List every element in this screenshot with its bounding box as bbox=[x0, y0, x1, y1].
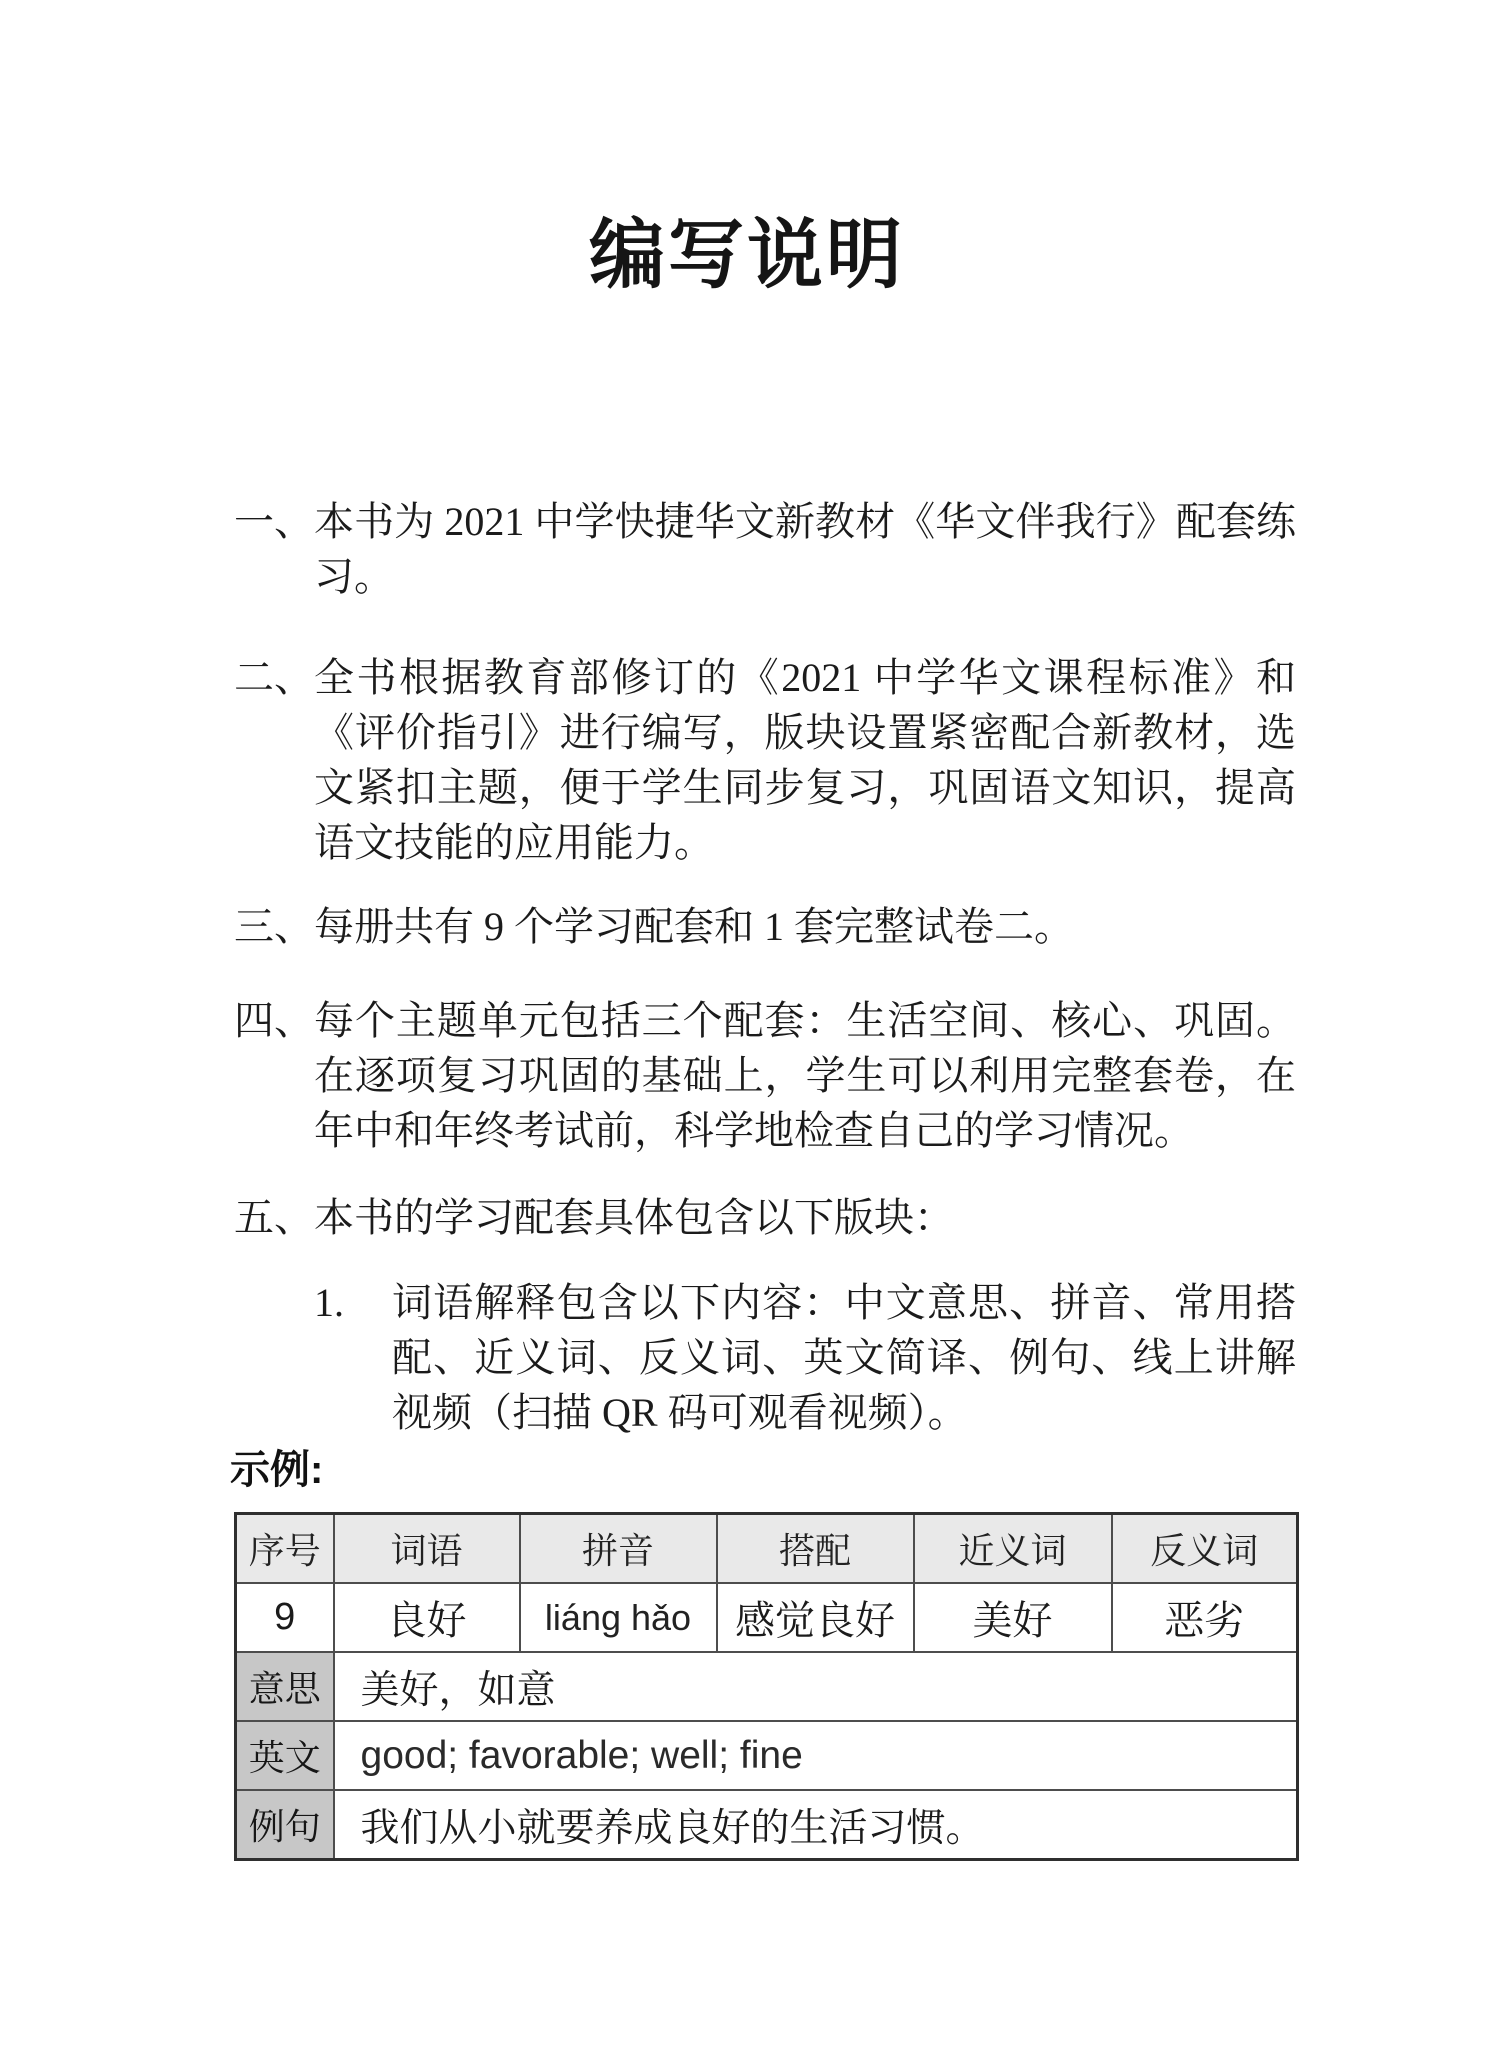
sentence-row: 例句 我们从小就要养成良好的生活习惯。 bbox=[236, 1790, 1298, 1860]
english-row: 英文 good; favorable; well; fine bbox=[236, 1721, 1298, 1790]
list-item-number: 五、 bbox=[234, 1190, 314, 1245]
list-item-number: 四、 bbox=[234, 993, 314, 1158]
list-item-text: 每个主题单元包括三个配套：生活空间、核心、巩固。在逐项复习巩固的基础上，学生可以… bbox=[314, 993, 1296, 1158]
list-item: 五、 本书的学习配套具体包含以下版块： bbox=[234, 1190, 1296, 1245]
meaning-value: 美好，如意 bbox=[334, 1652, 1298, 1721]
list-item-text: 每册共有 9 个学习配套和 1 套完整试卷二。 bbox=[314, 899, 1296, 954]
sentence-label: 例句 bbox=[236, 1790, 334, 1860]
meaning-label: 意思 bbox=[236, 1652, 334, 1721]
example-label: 示例: bbox=[230, 1446, 1296, 1494]
word-row: 9 良好 liáng hǎo 感觉良好 美好 恶劣 bbox=[236, 1583, 1298, 1652]
header-word: 词语 bbox=[334, 1514, 520, 1584]
header-pinyin: 拼音 bbox=[520, 1514, 717, 1584]
example-table: 序号 词语 拼音 搭配 近义词 反义词 9 良好 liáng hǎo 感觉良好 … bbox=[234, 1512, 1299, 1861]
table-header-row: 序号 词语 拼音 搭配 近义词 反义词 bbox=[236, 1514, 1298, 1584]
header-antonym: 反义词 bbox=[1112, 1514, 1298, 1584]
list-item-text: 本书的学习配套具体包含以下版块： bbox=[314, 1190, 1296, 1245]
sub-list-item-text: 词语解释包含以下内容：中文意思、拼音、常用搭配、近义词、反义词、英文简译、例句、… bbox=[392, 1275, 1296, 1440]
list-item-text: 全书根据教育部修订的《2021 中学华文课程标准》和《评价指引》进行编写，版块设… bbox=[314, 650, 1296, 870]
list-item: 四、 每个主题单元包括三个配套：生活空间、核心、巩固。在逐项复习巩固的基础上，学… bbox=[234, 993, 1296, 1158]
sub-list-item-number: 1. bbox=[314, 1275, 392, 1440]
content-block: 一、 本书为 2021 中学快捷华文新教材《华文伴我行》配套练习。 二、 全书根… bbox=[234, 494, 1296, 1861]
word-index-cell: 9 bbox=[236, 1583, 334, 1652]
list-item-text: 本书为 2021 中学快捷华文新教材《华文伴我行》配套练习。 bbox=[314, 494, 1296, 604]
pinyin-cell: liáng hǎo bbox=[520, 1583, 717, 1652]
list-item-number: 一、 bbox=[234, 494, 314, 604]
list-item: 一、 本书为 2021 中学快捷华文新教材《华文伴我行》配套练习。 bbox=[234, 494, 1296, 604]
english-label: 英文 bbox=[236, 1721, 334, 1790]
synonym-cell: 美好 bbox=[914, 1583, 1112, 1652]
antonym-cell: 恶劣 bbox=[1112, 1583, 1298, 1652]
collocation-cell: 感觉良好 bbox=[717, 1583, 914, 1652]
sub-list-item: 1. 词语解释包含以下内容：中文意思、拼音、常用搭配、近义词、反义词、英文简译、… bbox=[314, 1275, 1296, 1440]
list-item-number: 二、 bbox=[234, 650, 314, 870]
header-synonym: 近义词 bbox=[914, 1514, 1112, 1584]
sentence-value: 我们从小就要养成良好的生活习惯。 bbox=[334, 1790, 1298, 1860]
list-item: 三、 每册共有 9 个学习配套和 1 套完整试卷二。 bbox=[234, 899, 1296, 954]
page-title: 编写说明 bbox=[0, 218, 1494, 294]
header-collocation: 搭配 bbox=[717, 1514, 914, 1584]
book-page: 编写说明 一、 本书为 2021 中学快捷华文新教材《华文伴我行》配套练习。 二… bbox=[0, 0, 1494, 2045]
list-item: 二、 全书根据教育部修订的《2021 中学华文课程标准》和《评价指引》进行编写，… bbox=[234, 650, 1296, 870]
list-item-number: 三、 bbox=[234, 899, 314, 954]
word-cell: 良好 bbox=[334, 1583, 520, 1652]
english-value: good; favorable; well; fine bbox=[334, 1721, 1298, 1790]
meaning-row: 意思 美好，如意 bbox=[236, 1652, 1298, 1721]
header-index: 序号 bbox=[236, 1514, 334, 1584]
